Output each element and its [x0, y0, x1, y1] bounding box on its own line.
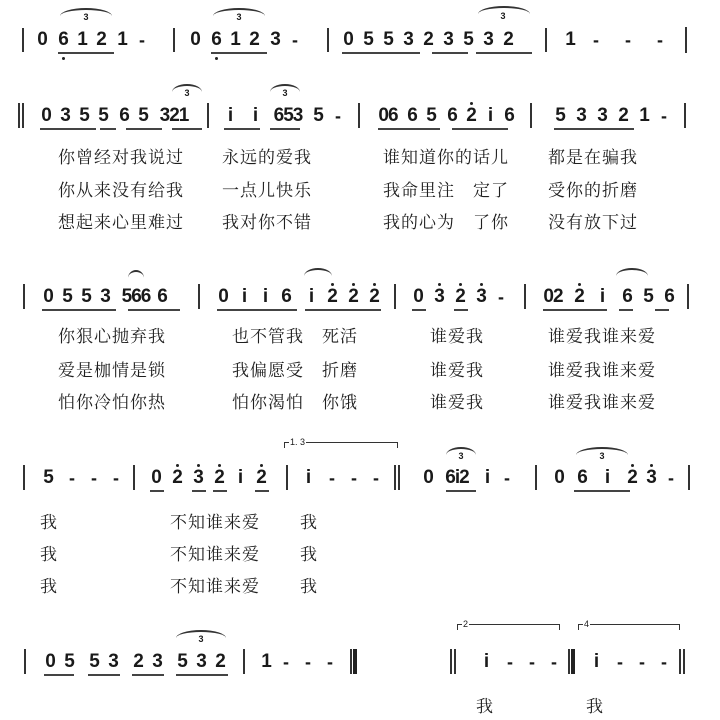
beam — [619, 309, 633, 311]
note: 2 — [463, 105, 480, 127]
measure-4-2: 0 2 3 2 i 2 — [148, 467, 270, 489]
note: 2 — [212, 651, 229, 673]
note: 3 — [149, 651, 166, 673]
note: 2 — [93, 29, 110, 51]
lyric-2-3-c: 我的心为 了你 — [383, 208, 509, 233]
note: i — [257, 286, 274, 308]
lyric-3-3-e: 谁爱我谁来爱 — [548, 388, 656, 413]
note: 1 — [636, 105, 653, 127]
note: 1 — [258, 651, 275, 673]
note: 6 — [55, 29, 72, 51]
measure-4-1: 5 - - - — [40, 467, 127, 489]
note: 2 — [452, 286, 469, 308]
beam — [150, 490, 164, 492]
dash: - — [327, 105, 349, 127]
note: 5 — [552, 105, 569, 127]
note: 2 — [211, 467, 228, 489]
note: 3 — [594, 105, 611, 127]
dash: - — [499, 651, 521, 673]
note: 6 — [404, 105, 421, 127]
beam — [192, 490, 206, 492]
note: 3 — [190, 467, 207, 489]
measure-2-3: 06 6 5 6 2 i 6 — [376, 105, 518, 127]
beam — [342, 52, 420, 54]
measure-1-4: 1 - - - — [562, 29, 671, 51]
barline — [327, 28, 329, 52]
final-barline — [350, 649, 357, 674]
measure-3-4: 02 2 i 6 5 6 — [541, 286, 678, 308]
volta-label: 2 — [462, 619, 469, 629]
dash: - — [365, 467, 387, 489]
dash: - — [609, 651, 631, 673]
beam — [132, 674, 164, 676]
note: 2 — [130, 651, 147, 673]
note: 0 — [34, 29, 51, 51]
dash: - — [631, 651, 653, 673]
lyric-4-1-b: 不知谁来爱 — [170, 508, 260, 533]
note: 2 — [253, 467, 270, 489]
note: 0 — [148, 467, 165, 489]
note: 6 — [574, 467, 591, 489]
barline — [286, 465, 288, 490]
note: 5 — [61, 651, 78, 673]
barline — [23, 465, 25, 490]
lyric-3-2-c: 折磨 — [322, 356, 358, 381]
volta-4: 4 — [578, 624, 680, 630]
dash: - — [343, 467, 365, 489]
barline — [394, 284, 396, 309]
barline — [545, 28, 547, 52]
note: 5 — [174, 651, 191, 673]
beam — [88, 674, 120, 676]
note: 0 — [187, 29, 204, 51]
note: 3 — [473, 286, 490, 308]
beam — [224, 128, 260, 130]
lyric-4-2-c: 我 — [300, 540, 318, 565]
lyric-2-2-d: 受你的折磨 — [548, 176, 638, 201]
dash: - — [284, 29, 306, 51]
beam — [270, 128, 300, 130]
end-repeat-barline — [568, 649, 575, 674]
note: 3 — [431, 286, 448, 308]
triplet-label: 3 — [497, 11, 509, 21]
measure-4-5: 0 6 i 2 3 - — [551, 467, 682, 489]
measure-2-2: i i 653 5 - — [222, 105, 349, 127]
note: i — [222, 105, 239, 127]
note: 0 — [215, 286, 232, 308]
note: 5 — [40, 467, 57, 489]
lyric-3-1-b: 也不管我 — [232, 322, 304, 347]
note: 5 — [86, 651, 103, 673]
note: 3 — [97, 286, 114, 308]
lyric-4-1-a: 我 — [40, 508, 58, 533]
note: 1 — [114, 29, 131, 51]
note: 3 — [400, 29, 417, 51]
beam — [58, 52, 114, 54]
note: 3 — [57, 105, 74, 127]
lyric-3-3-a: 怕你冷怕你热 — [58, 388, 166, 413]
triplet-label: 3 — [181, 88, 193, 98]
note: 3 — [105, 651, 122, 673]
note: 2 — [615, 105, 632, 127]
dash: - — [496, 467, 518, 489]
note: 6 — [444, 105, 461, 127]
note: 5 — [135, 105, 152, 127]
triplet-label: 3 — [596, 451, 608, 461]
beam — [452, 128, 508, 130]
barline — [22, 28, 24, 52]
note: i — [479, 467, 496, 489]
lyric-5-a: 我 — [476, 692, 494, 717]
volta-1-3: 1. 3 — [284, 442, 398, 448]
note: 6 — [278, 286, 295, 308]
note: 6i2 — [441, 467, 473, 489]
measure-2-4: 5 3 3 2 1 - — [552, 105, 675, 127]
lyric-3-2-b: 我偏愿受 — [232, 356, 304, 381]
dash: - — [321, 467, 343, 489]
measure-5-3: i - - - — [478, 651, 565, 673]
double-barline — [450, 649, 456, 674]
lyric-3-2-d: 谁爱我 — [430, 356, 484, 381]
barline — [684, 103, 686, 128]
note: 6 — [661, 286, 678, 308]
note: 566 — [120, 286, 152, 308]
lyric-2-3-b: 我对你不错 — [222, 208, 312, 233]
barline — [687, 284, 689, 309]
double-barline — [679, 649, 685, 674]
dash: - — [61, 467, 83, 489]
barline — [524, 284, 526, 309]
note: 6 — [116, 105, 133, 127]
lyric-3-1-d: 谁爱我 — [430, 322, 484, 347]
measure-5-1: 0 5 5 3 2 3 5 3 2 — [42, 651, 229, 673]
note: 5 — [95, 105, 112, 127]
barline — [535, 465, 537, 490]
note: 6 — [619, 286, 636, 308]
note: 321 — [158, 105, 190, 127]
lyric-2-2-a: 你从来没有给我 — [58, 176, 184, 201]
measure-1-2: 0 6 1 2 3 - — [187, 29, 306, 51]
lyric-2-1-b: 永远的爱我 — [222, 143, 312, 168]
note: 3 — [267, 29, 284, 51]
beam — [40, 128, 96, 130]
beam — [128, 309, 180, 311]
beam — [100, 128, 116, 130]
lyric-3-2-a: 爱是枷情是锁 — [58, 356, 166, 381]
lyric-5-b: 我 — [586, 692, 604, 717]
dash: - — [275, 651, 297, 673]
lyric-3-1-e: 谁爱我谁来爱 — [548, 322, 656, 347]
beam — [412, 309, 426, 311]
dash: - — [543, 651, 565, 673]
barline — [358, 103, 360, 128]
triplet-label: 3 — [195, 634, 207, 644]
beam — [176, 674, 228, 676]
note: 5 — [78, 286, 95, 308]
lyric-2-2-c: 我命里注 定了 — [383, 176, 509, 201]
double-barline — [18, 103, 24, 128]
note: 3 — [573, 105, 590, 127]
measure-3-3: 0 3 2 3 - — [410, 286, 512, 308]
note: 3 — [193, 651, 210, 673]
barline — [685, 27, 687, 53]
beam — [255, 490, 269, 492]
note: 5 — [76, 105, 93, 127]
beam — [44, 674, 74, 676]
lyric-3-3-c: 你饿 — [322, 388, 358, 413]
beam — [305, 309, 381, 311]
note: 2 — [624, 467, 641, 489]
note: 3 — [480, 29, 497, 51]
note: i — [588, 651, 605, 673]
note: 3 — [440, 29, 457, 51]
dash: - — [660, 467, 682, 489]
note: 2 — [246, 29, 263, 51]
beam — [432, 52, 468, 54]
triplet-label: 3 — [80, 12, 92, 22]
measure-3-2: 0 i i 6 i 2 2 2 — [215, 286, 383, 308]
lyric-4-3-b: 不知谁来爱 — [170, 572, 260, 597]
barline — [173, 28, 175, 52]
note: 5 — [360, 29, 377, 51]
beam — [126, 128, 162, 130]
lyric-2-3-d: 没有放下过 — [548, 208, 638, 233]
dash: - — [617, 29, 639, 51]
note: i — [478, 651, 495, 673]
triplet-label: 3 — [279, 88, 291, 98]
measure-3-1: 0 5 5 3 566 6 — [40, 286, 171, 308]
double-barline — [394, 465, 400, 490]
barline — [530, 103, 532, 128]
barline — [133, 465, 135, 490]
dash: - — [490, 286, 512, 308]
beam — [42, 309, 116, 311]
beam — [172, 128, 202, 130]
note: 5 — [640, 286, 657, 308]
beam — [446, 490, 476, 492]
beam — [378, 128, 440, 130]
lyric-4-3-c: 我 — [300, 572, 318, 597]
dash: - — [521, 651, 543, 673]
beam — [213, 490, 227, 492]
lyric-4-3-a: 我 — [40, 572, 58, 597]
barline — [24, 649, 26, 674]
note: 02 — [541, 286, 565, 308]
note: 0 — [420, 467, 437, 489]
note: i — [236, 286, 253, 308]
note: 0 — [42, 651, 59, 673]
note: 0 — [40, 286, 57, 308]
note: 5 — [460, 29, 477, 51]
note: i — [594, 286, 611, 308]
measure-4-3: i - - - — [300, 467, 387, 489]
beam — [217, 309, 297, 311]
barline — [207, 103, 209, 128]
dash: - — [319, 651, 341, 673]
lyric-4-1-c: 我 — [300, 508, 318, 533]
note: i — [247, 105, 264, 127]
note: 0 — [38, 105, 55, 127]
note: 2 — [169, 467, 186, 489]
note: 3 — [643, 467, 660, 489]
measure-1-3: 0 5 5 3 2 3 5 3 2 — [340, 29, 517, 51]
beam — [574, 490, 630, 492]
barline — [243, 649, 245, 674]
note: 6 — [501, 105, 518, 127]
lyric-3-2-e: 谁爱我谁来爱 — [548, 356, 656, 381]
note: 2 — [345, 286, 362, 308]
lyric-2-1-c: 谁知道你的话儿 — [383, 143, 509, 168]
measure-2-1: 0 3 5 5 6 5 321 — [38, 105, 190, 127]
note: 0 — [410, 286, 427, 308]
lyric-3-3-d: 谁爱我 — [430, 388, 484, 413]
note: 5 — [380, 29, 397, 51]
dash: - — [585, 29, 607, 51]
note: 5 — [423, 105, 440, 127]
dash: - — [131, 29, 153, 51]
note: i — [482, 105, 499, 127]
note: 0 — [551, 467, 568, 489]
note: 2 — [324, 286, 341, 308]
barline — [23, 284, 25, 309]
note: i — [232, 467, 249, 489]
note: 6 — [154, 286, 171, 308]
lyric-3-1-c: 死活 — [322, 322, 358, 347]
beam — [476, 52, 532, 54]
dash: - — [653, 105, 675, 127]
dash: - — [105, 467, 127, 489]
triplet-label: 3 — [233, 12, 245, 22]
beam — [454, 309, 468, 311]
triplet-label: 3 — [455, 451, 467, 461]
lyric-4-2-a: 我 — [40, 540, 58, 565]
lyric-4-2-b: 不知谁来爱 — [170, 540, 260, 565]
dash: - — [649, 29, 671, 51]
note: 6 — [208, 29, 225, 51]
dash: - — [297, 651, 319, 673]
tie — [616, 268, 648, 276]
barline — [688, 465, 690, 490]
beam — [655, 309, 669, 311]
note: 2 — [420, 29, 437, 51]
note: 2 — [571, 286, 588, 308]
beam — [211, 52, 267, 54]
tie — [304, 268, 332, 276]
note: 5 — [310, 105, 327, 127]
volta-2: 2 — [457, 624, 560, 630]
lyric-3-3-b: 怕你渴怕 — [232, 388, 304, 413]
note: 653 — [272, 105, 304, 127]
note: 5 — [59, 286, 76, 308]
note: i — [303, 286, 320, 308]
note: 06 — [376, 105, 400, 127]
lyric-2-3-a: 想起来心里难过 — [58, 208, 184, 233]
note: i — [599, 467, 616, 489]
measure-5-2: 1 - - - — [258, 651, 341, 673]
lyric-2-1-d: 都是在骗我 — [548, 143, 638, 168]
note: 1 — [562, 29, 579, 51]
note: 1 — [74, 29, 91, 51]
volta-label: 1. 3 — [289, 437, 306, 447]
dash: - — [83, 467, 105, 489]
note: 1 — [227, 29, 244, 51]
lyric-3-1-a: 你狠心抛弃我 — [58, 322, 166, 347]
note: 2 — [366, 286, 383, 308]
beam — [554, 128, 634, 130]
measure-4-4: 0 6i2 i - — [420, 467, 518, 489]
lyric-2-2-b: 一点儿快乐 — [222, 176, 312, 201]
note: 2 — [500, 29, 517, 51]
volta-label: 4 — [583, 619, 590, 629]
beam — [543, 309, 607, 311]
measure-5-4: i - - - — [588, 651, 675, 673]
note: 0 — [340, 29, 357, 51]
lyric-2-1-a: 你曾经对我说过 — [58, 143, 184, 168]
dash: - — [653, 651, 675, 673]
tie — [128, 270, 144, 278]
note: i — [300, 467, 317, 489]
measure-1-1: 0 6 1 2 1 - — [34, 29, 153, 51]
barline — [198, 284, 200, 309]
